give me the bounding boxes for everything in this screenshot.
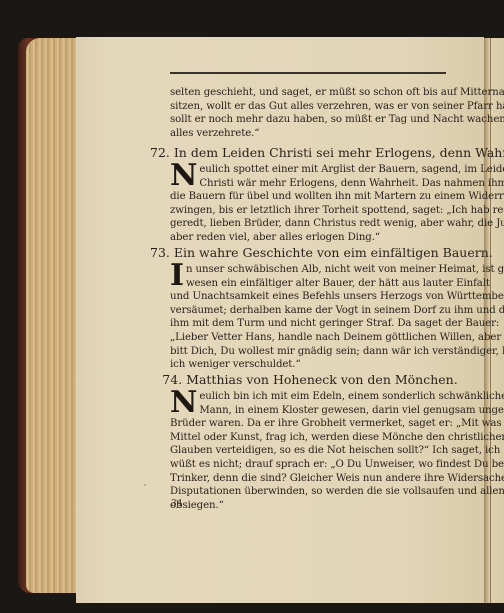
text-line: geredt, lieben Brüder, dann Christus red…	[170, 217, 448, 231]
section-body-72: N eulich spottet einer mit Arglist der B…	[170, 163, 448, 245]
header-rule	[170, 72, 446, 74]
section-body-73: I n unser schwäbischen Alb, nicht weit v…	[170, 263, 448, 372]
text-line: Glauben verteidigen, so es die Not heisc…	[170, 444, 448, 458]
drop-cap: N	[170, 163, 197, 189]
section-heading-74: 74. Matthias von Hoheneck von den Mönche…	[150, 372, 470, 387]
text-line: ich weniger verschuldet.“	[170, 358, 448, 372]
text-line: und Unachtsamkeit eines Befehls unsers H…	[170, 290, 448, 304]
text-line: ihm mit dem Turm und nicht geringer Stra…	[170, 317, 448, 331]
text-line: zwingen, bis er letztlich ihrer Torheit …	[170, 204, 448, 218]
text-line: bitt Dich, Du wollest mir gnädig sein; d…	[170, 345, 448, 359]
page-number: 34	[171, 499, 182, 509]
drop-cap: I	[170, 263, 184, 289]
section-heading-73: 73. Ein wahre Geschichte von eim einfält…	[150, 245, 470, 260]
paper-speck	[144, 484, 146, 486]
section-heading-72: 72. In dem Leiden Christi sei mehr Erlog…	[150, 145, 470, 160]
text-line: sitzen, wollt er das Gut alles verzehren…	[170, 100, 448, 114]
text-line: alles verzehrete.“	[170, 127, 448, 141]
text-line: Mann, in einem Kloster gewesen, darin vi…	[170, 404, 448, 418]
text-line: n unser schwäbischen Alb, nicht weit von…	[170, 263, 448, 277]
text-line: eulich spottet einer mit Arglist der Bau…	[170, 163, 448, 177]
text-line: Christi wär mehr Erlogens, denn Wahrheit…	[170, 177, 448, 191]
text-line: eulich bin ich mit eim Edeln, einem sond…	[170, 390, 448, 404]
section-body-74: N eulich bin ich mit eim Edeln, einem so…	[170, 390, 448, 512]
text-line: wüßt es nicht; drauf sprach er: „O Du Un…	[170, 458, 448, 472]
drop-cap: N	[170, 390, 197, 416]
text-line: wesen ein einfältiger alter Bauer, der h…	[170, 277, 448, 291]
continuation-paragraph: selten geschieht, und saget, er müßt so …	[170, 86, 448, 140]
text-line: versäumet; derhalben kame der Vogt in se…	[170, 304, 448, 318]
text-line: selten geschieht, und saget, er müßt so …	[170, 86, 448, 100]
text-line: „Lieber Vetter Hans, handle nach Deinem …	[170, 331, 448, 345]
page-block-edges	[26, 38, 80, 593]
text-line: Mittel oder Kunst, frag ich, werden dies…	[170, 431, 448, 445]
text-line: die Bauern für übel und wollten ihn mit …	[170, 190, 448, 204]
text-line: Trinker, denn die sind? Gleicher Weis nu…	[170, 472, 448, 486]
text-line: Disputationen überwinden, so werden die …	[170, 485, 448, 499]
text-line: sollt er noch mehr dazu haben, so müßt e…	[170, 113, 448, 127]
text-line: aber reden viel, aber alles erlogen Ding…	[170, 231, 448, 245]
text-line: Brüder waren. Da er ihre Grobheit vermer…	[170, 417, 448, 431]
text-line: obsiegen.“	[170, 499, 448, 513]
